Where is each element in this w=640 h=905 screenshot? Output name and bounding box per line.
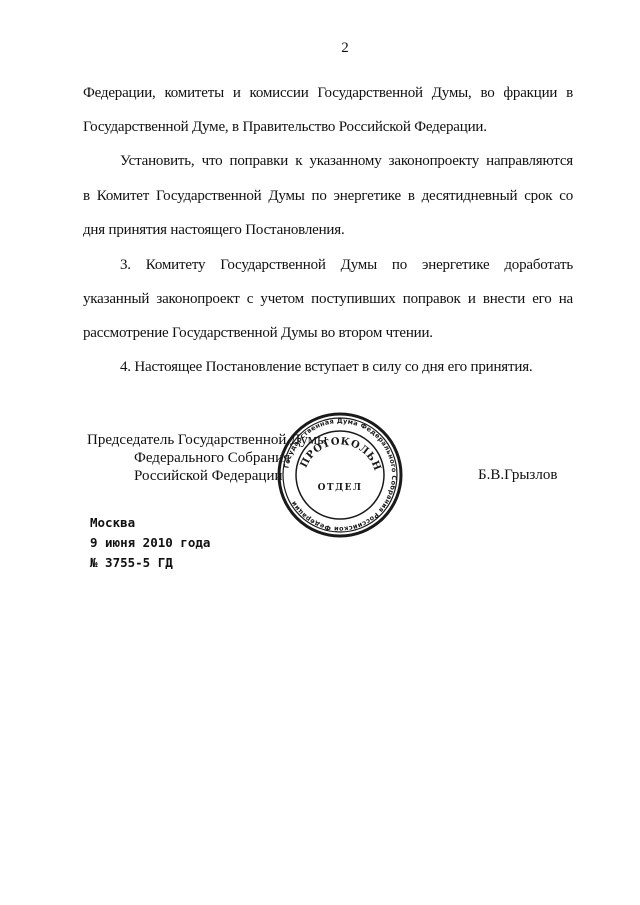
paragraph-3-line-2: указанный законопроект с учетом поступив…	[83, 291, 573, 308]
signer-name: Б.В.Грызлов	[478, 467, 557, 484]
paragraph-1-line-1: Федерации, комитеты и комиссии Государст…	[83, 85, 573, 102]
paragraph-2-line-2: в Комитет Государственной Думы по энерге…	[83, 188, 573, 205]
page-number: 2	[25, 40, 640, 57]
paragraph-2-line-1: Установить, что поправки к указанному за…	[120, 153, 573, 170]
footer-city: Москва	[90, 513, 210, 533]
svg-text:ОТДЕЛ: ОТДЕЛ	[318, 483, 363, 493]
paragraph-3-line-1: 3. Комитету Государственной Думы по энер…	[120, 257, 573, 274]
paragraph-3-line-3: рассмотрение Государственной Думы во вто…	[83, 325, 573, 342]
svg-text:Государственная Дума Федеральн: Государственная Дума Федерального Собран…	[282, 417, 398, 533]
footer-document-number: № 3755-5 ГД	[90, 553, 210, 573]
paragraph-2-line-3: дня принятия настоящего Постановления.	[83, 222, 573, 239]
document-footer: Москва 9 июня 2010 года № 3755-5 ГД	[90, 513, 210, 573]
paragraph-4-line-1: 4. Настоящее Постановление вступает в си…	[120, 359, 573, 376]
paragraph-1-line-2: Государственной Думе, в Правительство Ро…	[83, 119, 573, 136]
official-stamp-icon: Государственная Дума Федерального Собран…	[275, 410, 405, 540]
footer-date: 9 июня 2010 года	[90, 533, 210, 553]
